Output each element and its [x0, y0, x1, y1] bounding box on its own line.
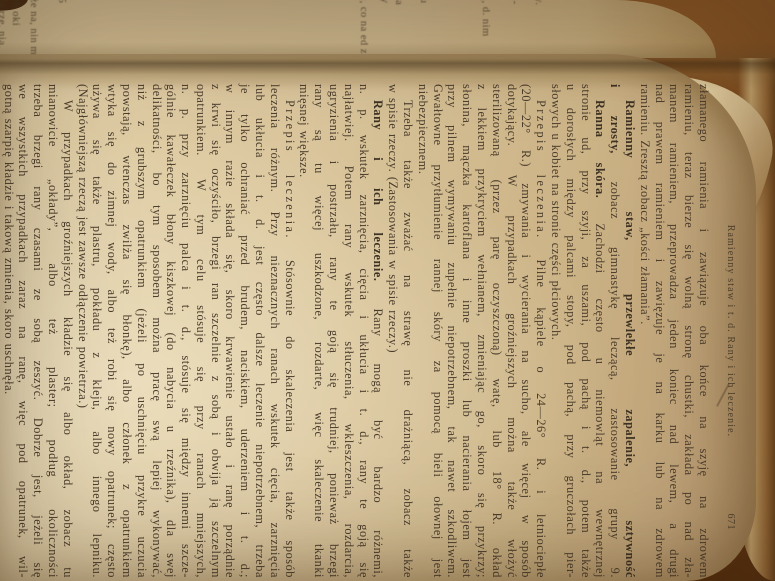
text-line: ramieniu, teraz bierze się wolną stronę … [681, 84, 696, 578]
facing-fragments: zy.ła-ją, d. nimkuwadyie, co na ed zie35… [0, 0, 700, 54]
page-number: 671 [723, 514, 737, 531]
text-line: opatrunkiem. W tym celu stósuje się przy… [193, 84, 208, 578]
facing-text-fragment: wa [392, 0, 405, 54]
text-line: (Najgłówniejszą rzeczą jest zawsze odłąc… [75, 84, 90, 578]
text-line: gólnie kawałeczek błony kiszkowej (do na… [164, 84, 179, 578]
facing-text-fragment: ie, co na ed zie [357, 0, 370, 54]
text-line: (20—22° R.) zmywania i wycierania na suc… [519, 84, 534, 578]
text-line: Ramienny staw, przewlekłe zapalenie, szt… [622, 84, 637, 578]
text-line: lub ukłucia i t. d. jest często dalsze l… [252, 84, 267, 578]
text-line: powstają, wtenczas zwilża się błonkę), a… [119, 84, 134, 578]
book-photo: zy.ła-ją, d. nimkuwadyie, co na ed zie35… [0, 0, 775, 581]
text-line: z krwi się oczyściło, brzegi ran szczeln… [208, 84, 223, 578]
text-line: w spisie rzeczy. (Zastosowania w spisie … [385, 84, 400, 578]
text-line: i zrosty, zobacz gimnastykę leczącą, zas… [607, 84, 622, 578]
text-line: złamanego ramienia i zawiązuje oba końce… [696, 84, 711, 578]
text-line: trzeba brzegi rany czasami ze sobą zeszy… [30, 84, 45, 578]
text-line: rany są tu więcej uszkodzone, rozdarte, … [311, 84, 326, 578]
text-line: delikatności, bo tym sposobem można prac… [149, 84, 164, 578]
facing-text-fragment: ją, d. nim [479, 0, 492, 54]
text-line: Rany i ich leczenie. Rany mogą być bardz… [371, 84, 386, 578]
text-line: niebezpiecznem. [415, 84, 430, 578]
text-line: manem ramieniem, przeprowadza jeden koni… [667, 84, 682, 578]
running-head: Ramienny staw i t. d. Rany i ich leczeni… [711, 84, 737, 578]
text-line: w innym razie składa się, skoro krwawien… [223, 84, 238, 578]
text-line: stronie ud, przy szyji, za uszami, pod p… [578, 84, 593, 578]
facing-text-fragment: ku [417, 0, 430, 54]
text-line: n. p. wskutek zarznięcia, cięcia i ukłuc… [356, 84, 371, 578]
text-line: W przypadkach groźniejszych kładzie się … [60, 84, 75, 578]
text-line: ugryzienia i postrzału, rany te goją się… [326, 84, 341, 578]
facing-text-fragment: żeń oki [9, 0, 22, 54]
text-line: najłatwiej. Potem rany wskutek stłuczeni… [341, 84, 356, 578]
text-line: nad prawem ramieniem i zawięzuje je na k… [652, 84, 667, 578]
body-text: złamanego ramienia i zawiązuje oba końce… [1, 84, 711, 578]
text-line: słonina, mączka kartoflana i inne proszk… [459, 84, 474, 578]
text-line: używa się także plastru, pokładu z kleju… [90, 84, 105, 578]
text-line: ramieniu. Zresztą zobacz „kości złamania… [637, 84, 652, 578]
text-line: gotną szarpię kładzie i takową zmienia, … [1, 84, 16, 578]
text-line: Przepis leczenia. Pilne kąpiele o 24—26°… [533, 84, 548, 578]
text-line: je tylko ochraniać przed brudem, naciski… [238, 84, 253, 578]
text-line: Trzeba także zważać na strawę nie drażni… [400, 84, 415, 578]
text-line: słowych u kobiet na stronie części płcio… [548, 84, 563, 578]
text-line: dotykający. W przypadkach groźniejszych … [504, 84, 519, 578]
facing-text-fragment: zy. [532, 0, 545, 54]
text-line: mianowicie „okłady”, albo też plaster; p… [45, 84, 60, 578]
page-text: Ramienny staw i t. d. Rany i ich leczeni… [0, 84, 737, 578]
facing-text-fragment: dy [378, 0, 391, 54]
facing-text-fragment: kże na, nin m. [27, 0, 40, 54]
facing-text-fragment: ła- [508, 0, 521, 54]
text-line: mięsnej większe. [297, 84, 312, 578]
text-line: n. p. przy zarznięciu palca i t. d., stó… [178, 84, 193, 578]
text-line: wtyka się do zimnej wody, albo też robi … [104, 84, 119, 578]
text-line: Gwałtowne przytłumienie rannej skóry za … [430, 84, 445, 578]
text-line: u dorosłych między palcami stopy, pod pa… [563, 84, 578, 578]
text-line: z lekkiem przykryciem wełnianem, zmienia… [474, 84, 489, 578]
text-line: niż z grubszym opatrunkiem (jeżeli po us… [134, 84, 149, 578]
text-line: Ranna skóra. Zachodzi często u niemowląt… [593, 84, 608, 578]
text-line: sterilizowaną (przez parę oczyszczoną) w… [489, 84, 504, 578]
text-line: przy pilnem wymywaniu zupełnie niepotrze… [445, 84, 460, 578]
text-line: we wszystkich przypadkach zaraz na ranę,… [16, 84, 31, 578]
facing-text-fragment: 35 [55, 0, 68, 54]
text-line: leczenia różnym. Przy nieznacznych ranac… [267, 84, 282, 578]
facing-text-fragment: ąca rze, nia, [0, 0, 8, 54]
text-line: Przepis leczenia. Stósownie do skaleczen… [282, 84, 297, 578]
running-head-title: Ramienny staw i t. d. Rany i ich leczeni… [725, 225, 736, 438]
